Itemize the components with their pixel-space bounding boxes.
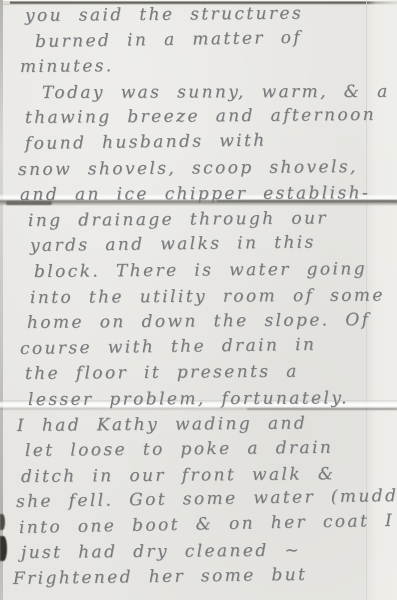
handwritten-line: snow shovels, scoop shovels, [18,154,397,183]
handwritten-line: and an ice chipper establish- [20,181,397,209]
letter-page: you said the structures burned in a matt… [0,0,397,600]
handwritten-line: into the utility room of some [30,283,397,311]
handwritten-line: course with the drain in [20,331,397,362]
handwritten-line: lesser problem, fortunately. [28,386,397,414]
handwritten-line: found husbands with [25,127,397,158]
handwritten-line: Frightened her some but [13,562,397,593]
letter-text-body: you said the structures burned in a matt… [0,4,397,593]
handwritten-line: minutes. [20,52,397,81]
handwritten-line: yards and walks in this [30,230,397,260]
handwritten-line: burned in a matter of [35,24,397,55]
handwritten-line: block. There is water going [34,257,397,286]
handwritten-line: the floor it presents a [25,359,397,388]
handwritten-line: let loose to poke a drain [25,435,397,464]
